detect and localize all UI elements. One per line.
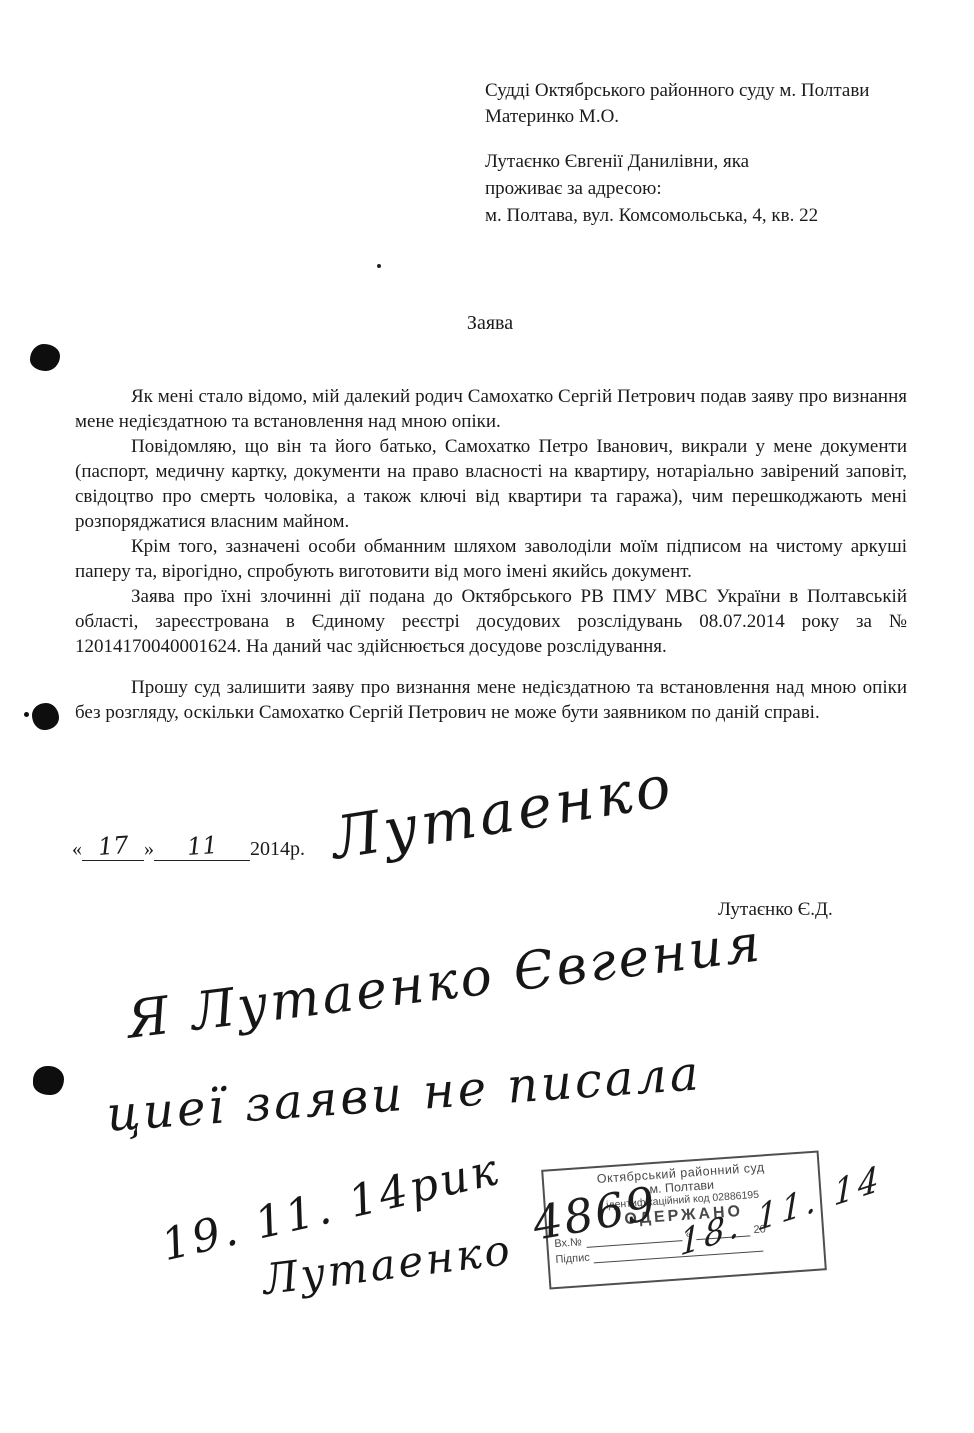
paragraph-request: Прошу суд залишити заяву про визнання ме… xyxy=(75,675,907,725)
recipient-block: Судді Октябрського районного суду м. Пол… xyxy=(485,78,915,130)
date-line: «17»112014р. xyxy=(72,832,305,861)
ink-blot xyxy=(33,1066,64,1095)
date-year: 2014р. xyxy=(250,838,305,860)
paragraph: Заява про їхні злочинні дії подана до Ок… xyxy=(75,584,907,659)
ink-blot xyxy=(30,344,60,371)
applicant-block: Лутаєнко Євгенії Данилівни, яка проживає… xyxy=(485,148,915,229)
recipient-court-line: Судді Октябрського районного суду м. Пол… xyxy=(485,78,915,104)
applicant-address-line: м. Полтава, вул. Комсомольська, 4, кв. 2… xyxy=(485,202,915,229)
applicant-address-label: проживає за адресою: xyxy=(485,175,915,202)
document-title: Заява xyxy=(75,312,905,335)
applicant-name-line: Лутаєнко Євгенії Данилівни, яка xyxy=(485,148,915,175)
stamp-signature-label: Підпис xyxy=(555,1252,590,1266)
document-body: Як мені стало відомо, мій далекий родич … xyxy=(75,384,907,725)
date-month-field: 11 xyxy=(154,832,250,861)
handwritten-month: 11 xyxy=(186,831,218,861)
handwritten-note-line2: циеї заяви не писала xyxy=(105,1045,703,1142)
paragraph: Повідомляю, що він та його батько, Самох… xyxy=(75,434,907,534)
paragraph: Як мені стало відомо, мій далекий родич … xyxy=(75,384,907,434)
close-quote: » xyxy=(144,838,154,860)
court-stamp: Октябрський районний суд м. Полтави іден… xyxy=(541,1150,827,1289)
ink-speck xyxy=(24,712,29,717)
recipient-judge-line: Материнко М.О. xyxy=(485,104,915,130)
date-day-field: 17 xyxy=(82,832,144,861)
paragraph: Крім того, зазначені особи обманним шлях… xyxy=(75,534,907,584)
scan-artifact-dot xyxy=(377,264,381,268)
scanned-document-page: Судді Октябрського районного суду м. Пол… xyxy=(0,0,974,1433)
ink-blot xyxy=(32,703,59,730)
handwritten-signature: Лутаенко xyxy=(327,751,679,872)
handwritten-note-line1: Я Лутаенко Євгения xyxy=(124,913,766,1050)
open-quote: « xyxy=(72,838,82,860)
handwritten-day: 17 xyxy=(97,831,129,861)
